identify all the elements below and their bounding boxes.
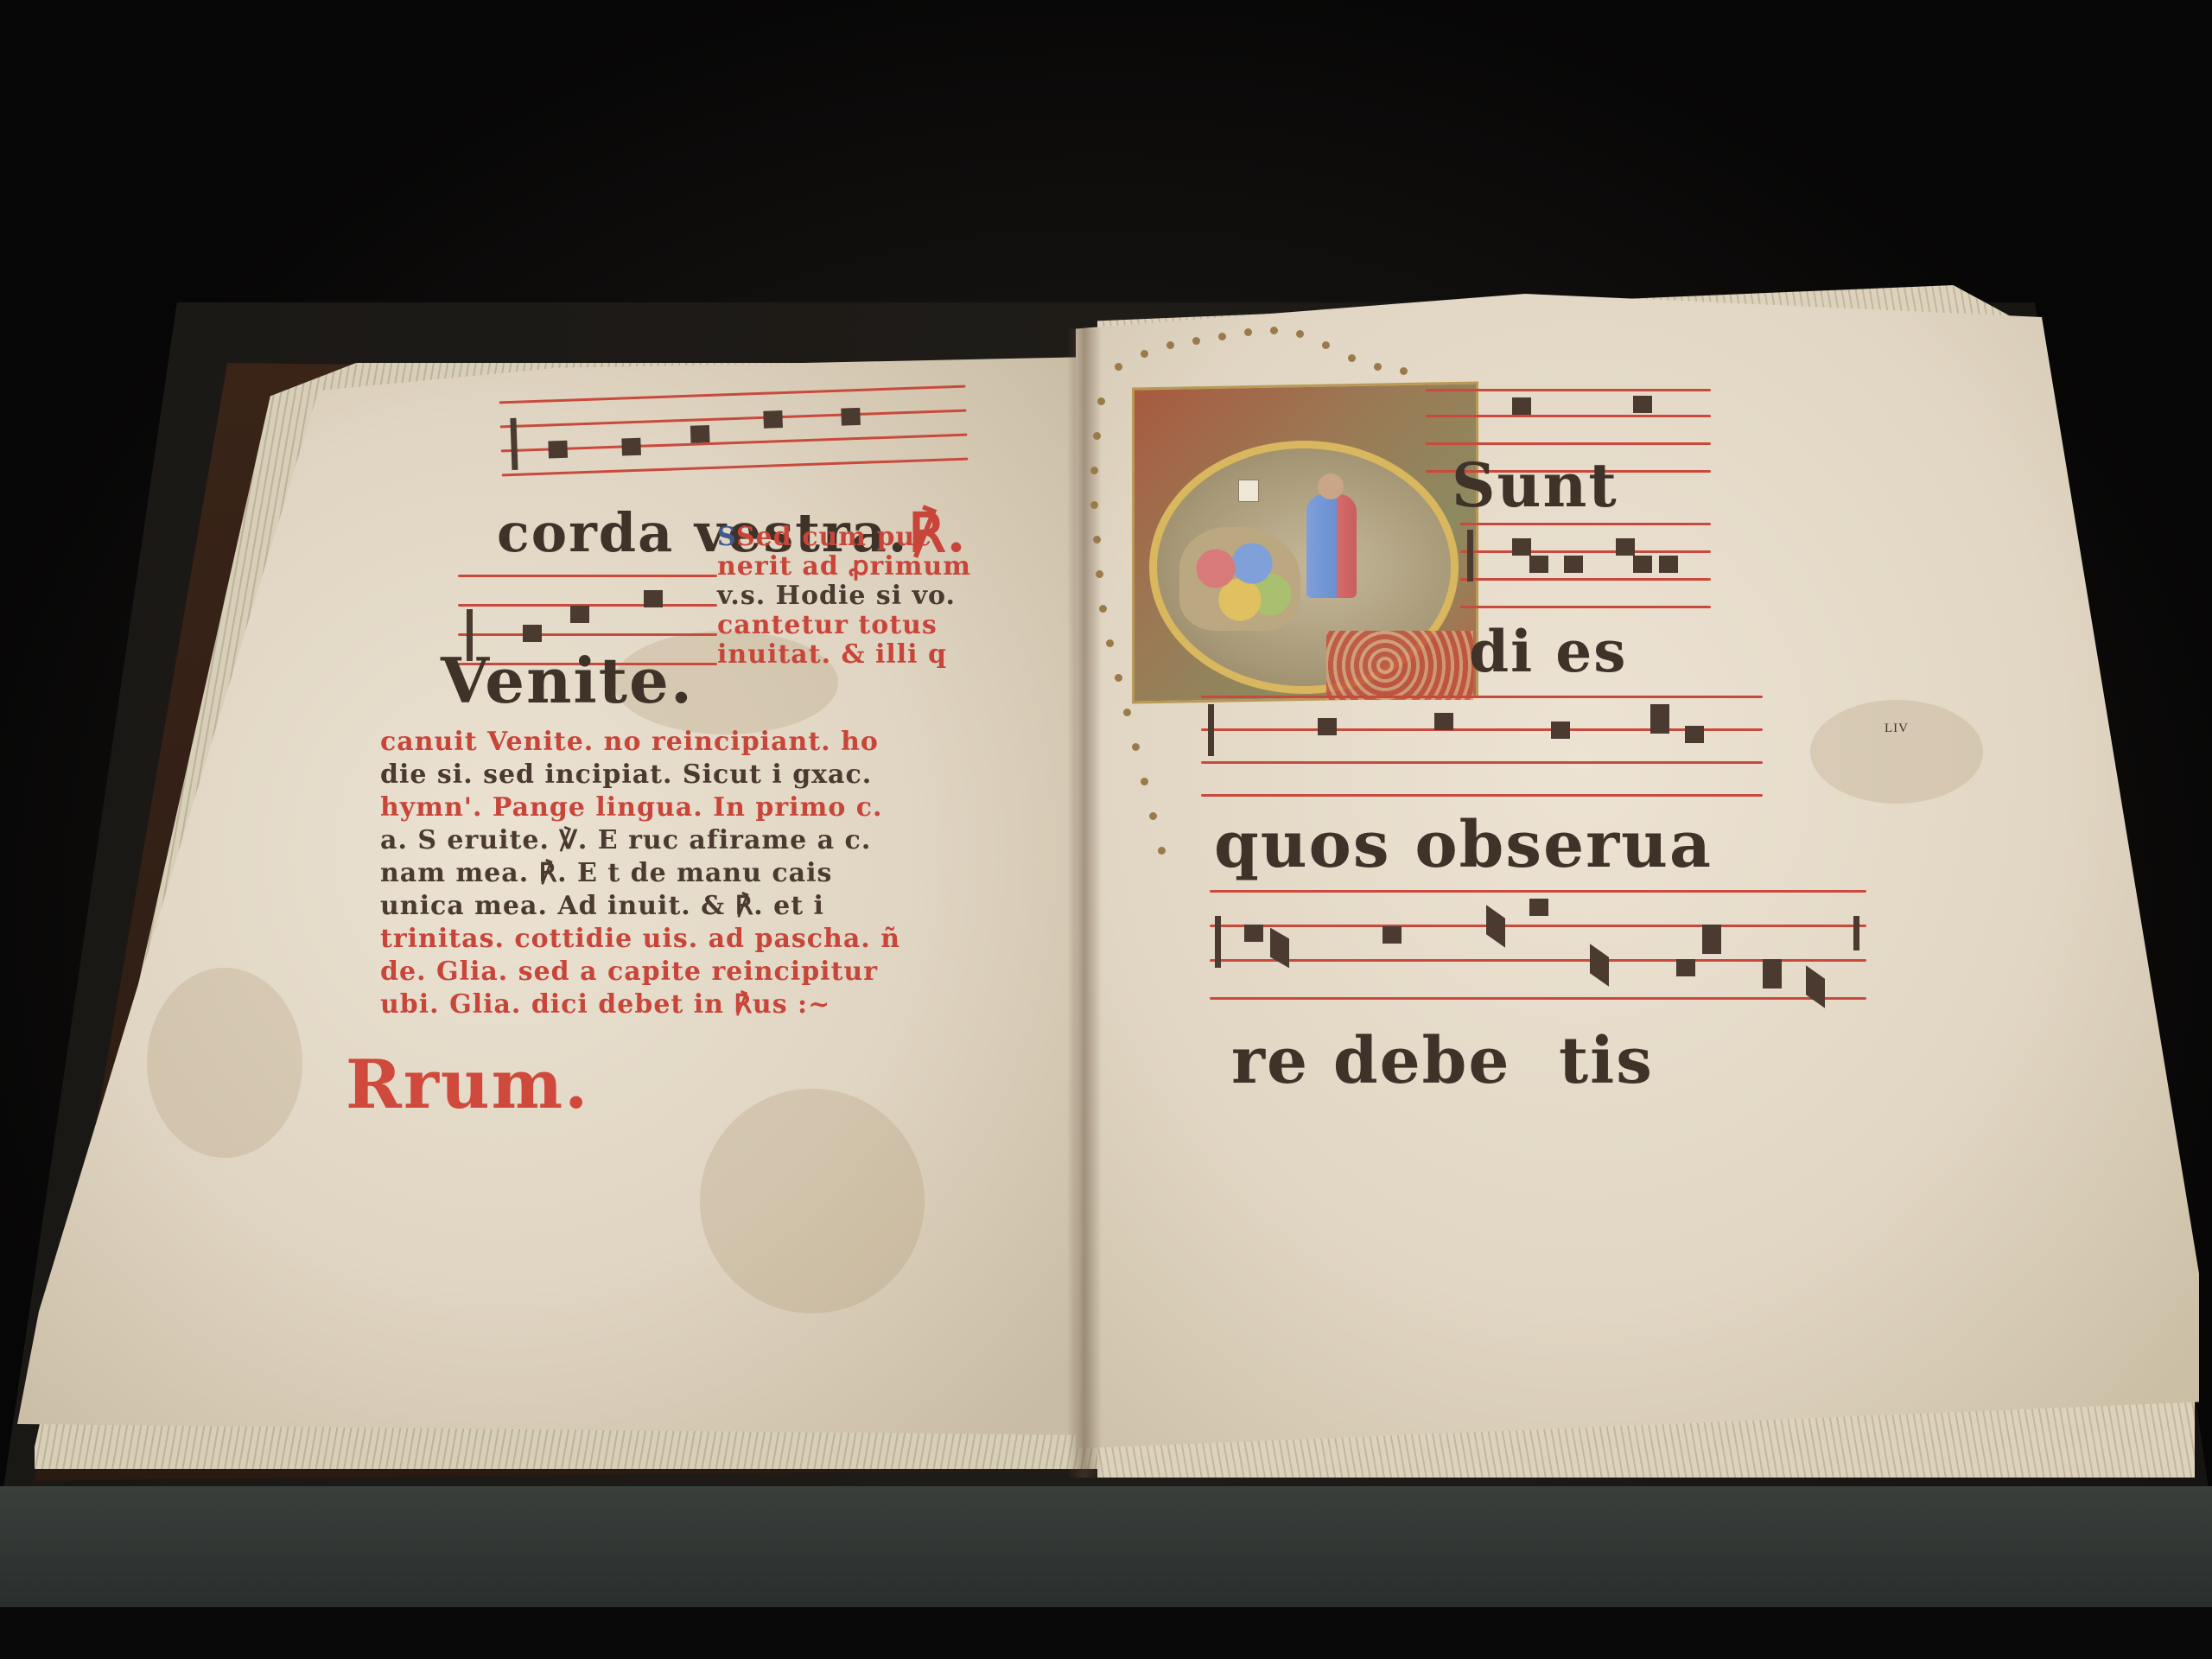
- neume: [621, 438, 641, 456]
- neume: [1270, 928, 1289, 969]
- neume: [1685, 726, 1704, 743]
- blue-initial-s: S: [717, 522, 736, 552]
- folio-number: LIV: [1885, 721, 1909, 736]
- neume: [548, 441, 568, 459]
- water-stain: [700, 1089, 925, 1313]
- neume: [1434, 713, 1453, 730]
- neume: [1529, 556, 1548, 573]
- music-staff-right-2: [1460, 523, 1711, 626]
- neume: [690, 425, 710, 443]
- neume: [1806, 965, 1825, 1007]
- neume: [1382, 926, 1402, 944]
- neume: [1529, 899, 1548, 916]
- neume: [1486, 905, 1505, 947]
- neume: [1512, 538, 1531, 556]
- display-case-floor: [0, 1607, 2212, 1659]
- robed-figure: [1306, 494, 1357, 598]
- rubric-block-upper: SSed cum puc nerit ad ꝓrimum v.s. Hodie …: [717, 523, 971, 670]
- lyric-re-debetis: re debe tis: [1231, 1024, 1654, 1098]
- neume: [1590, 944, 1609, 986]
- neume: [1633, 396, 1652, 413]
- custos-icon: [1853, 916, 1859, 950]
- lyric-quos-obserua: quos obserua: [1214, 808, 1713, 882]
- music-staff-right-3: [1201, 696, 1763, 799]
- neume: [523, 625, 542, 642]
- neume: [1512, 397, 1531, 415]
- acanthus-ornament: [1326, 631, 1473, 700]
- lyric-di-es: di es: [1469, 618, 1627, 685]
- lyric-sunt: Sunt: [1452, 449, 1618, 521]
- neume: [1676, 959, 1695, 976]
- neume: [1650, 704, 1669, 734]
- neume: [1616, 538, 1635, 556]
- clef-icon: [1467, 530, 1473, 582]
- inscribed-tablet: [1238, 480, 1259, 502]
- clef-icon: [1215, 916, 1221, 968]
- closing-rubric-rrum: Rrum.: [346, 1046, 589, 1124]
- crowd-figures: [1179, 527, 1300, 631]
- neume: [1659, 556, 1678, 573]
- water-stain: [1810, 700, 1983, 804]
- book-gutter: [1067, 328, 1102, 1478]
- neume: [841, 408, 861, 426]
- rubric-block-lower: canuit Venite. no reincipiant. ho die si…: [380, 726, 900, 1021]
- neume: [1763, 959, 1782, 988]
- neume: [1318, 718, 1337, 735]
- neume: [570, 606, 589, 623]
- neume: [1564, 556, 1583, 573]
- water-stain: [147, 968, 302, 1158]
- neume: [1702, 925, 1721, 954]
- neume: [1244, 925, 1263, 942]
- neume: [1551, 721, 1570, 739]
- neume: [1633, 556, 1652, 573]
- lyric-venite: Venite.: [441, 644, 694, 717]
- display-case-base: [0, 1486, 2212, 1607]
- figure-head: [1318, 474, 1344, 499]
- clef-icon: [1208, 704, 1214, 756]
- music-staff-right-4: [1210, 890, 1866, 1002]
- neume: [763, 410, 783, 429]
- neume: [644, 590, 663, 607]
